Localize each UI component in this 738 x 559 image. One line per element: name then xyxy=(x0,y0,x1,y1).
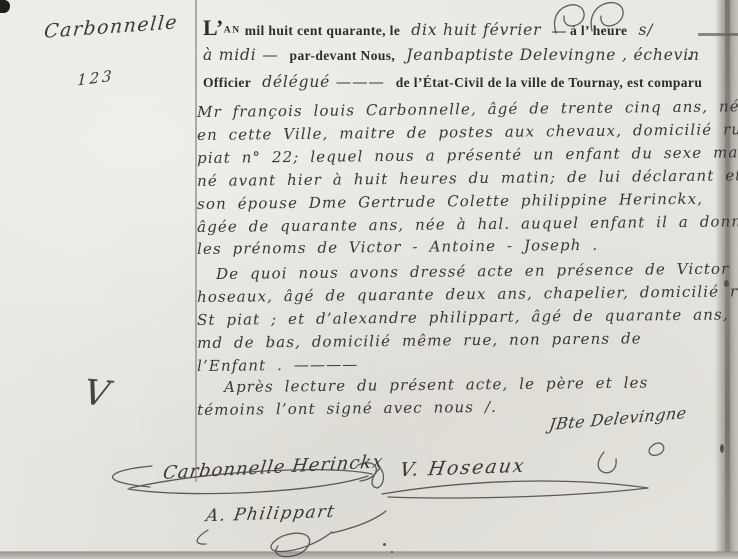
record-body-line: md de bas, domicilié même rue, non paren… xyxy=(197,329,642,352)
next-page-edge xyxy=(0,552,738,559)
witness1-signature: V. Hoseaux xyxy=(398,455,527,482)
signature-swash xyxy=(113,466,152,487)
printed-text: Officier xyxy=(203,75,251,90)
signature-swash xyxy=(598,452,616,473)
signature-swash xyxy=(388,488,648,498)
handwritten-officer-name: Jeanbaptiste Delevingne , échevin xyxy=(406,46,700,64)
margin-surname-annotation: Carbonnelle xyxy=(43,11,179,43)
record-body-line: Après lecture du présent acte, le père e… xyxy=(224,374,648,396)
ink-speck xyxy=(391,551,393,553)
handwritten-text: délégué ——— xyxy=(262,73,385,91)
corner-ink-blot xyxy=(0,0,10,13)
printed-text: de l’État-Civil de la ville de Tournay, … xyxy=(396,75,703,90)
form-line-1: L’AN mil huit cent quarante, le dix huit… xyxy=(203,17,653,40)
form-line-2: à midi — par-devant Nous, Jeanbaptiste D… xyxy=(203,46,700,65)
record-body-line: De quoi nous avons dressé acte en présen… xyxy=(216,260,729,283)
act-number: 123 xyxy=(77,67,115,90)
record-body-line: témoins l’ont signé avec nous /. xyxy=(197,398,497,419)
record-body-line: St piat ; et d’alexandre philippart, âgé… xyxy=(197,305,729,329)
record-body-line: hoseaux, âgé de quarante deux ans, chape… xyxy=(197,282,738,306)
printed-text: mil huit cent quarante, le xyxy=(245,23,401,38)
signature-swash xyxy=(332,511,386,533)
signature-swash xyxy=(649,443,664,455)
form-line-3: Officier délégué ——— de l’État-Civil de … xyxy=(203,73,702,92)
margin-checkmark: V xyxy=(81,373,112,415)
signature-swash xyxy=(382,481,648,494)
handwritten-text: s/ xyxy=(638,21,653,39)
record-body-line: piat n° 22; lequel nous a présenté un en… xyxy=(197,143,738,167)
printed-text: — à l’ heure xyxy=(552,23,627,38)
binding-top-rule xyxy=(698,33,738,36)
printed-text: L’ xyxy=(203,15,224,40)
binding-ink-mark xyxy=(720,444,724,453)
record-body-line: âgée de quarante ans, née à hal. auquel … xyxy=(197,212,738,236)
record-body-line: son épouse Dme Gertrude Colette philippi… xyxy=(197,190,703,213)
record-body-line: en cette Ville, maitre de postes aux che… xyxy=(197,120,738,144)
handwritten-date: dix huit février xyxy=(411,21,541,39)
witness2-signature: A. Philippart xyxy=(204,502,337,527)
signature-paraph xyxy=(197,530,208,544)
record-body-line: Mr françois louis Carbonnelle, âgé de tr… xyxy=(197,97,738,121)
handwritten-time: à midi — xyxy=(203,46,279,64)
record-body-line: né avant hier à huit heures du matin; de… xyxy=(197,166,738,190)
scanned-register-page: Carbonnelle 123 V L’AN mil huit cent qua… xyxy=(0,0,738,559)
officer-signature: JBte Delevingne xyxy=(548,403,688,434)
record-body-line: les prénoms de Victor - Antoine - Joseph… xyxy=(197,236,598,258)
ink-speck xyxy=(383,543,386,546)
printed-text: par-devant Nous, xyxy=(290,48,396,63)
record-body-line: l’Enfant . ———— xyxy=(197,355,358,375)
printed-text: AN xyxy=(224,26,241,36)
